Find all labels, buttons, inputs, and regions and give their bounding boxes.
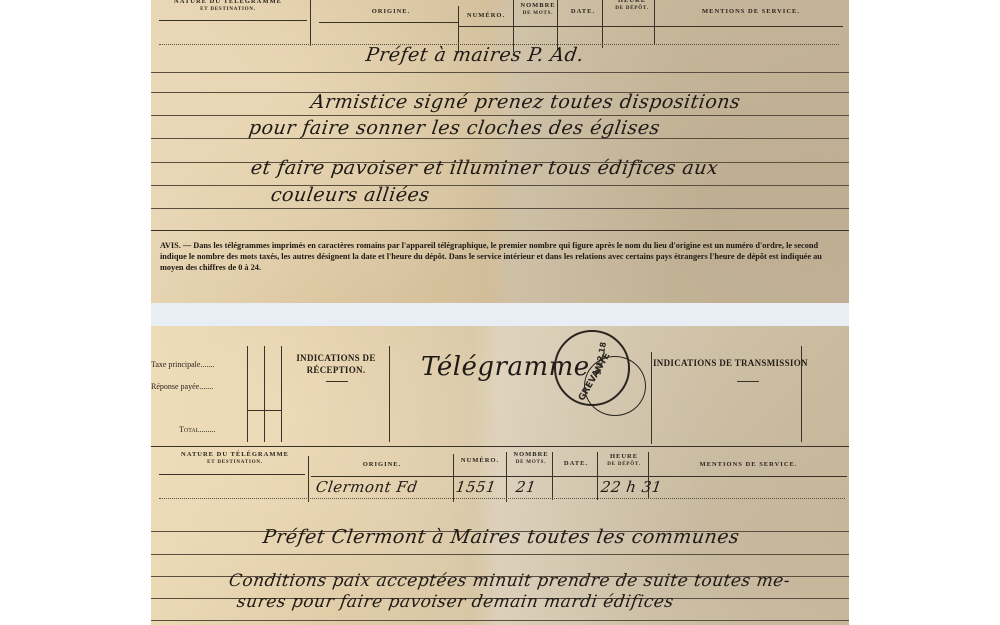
header-nature-label: NATURE DU TÉLÉGRAMME bbox=[174, 0, 282, 5]
header-heure-sublabel: DE DÉPÔT. bbox=[598, 461, 650, 469]
header-heure-label: HEURE bbox=[610, 453, 638, 460]
header-origine: ORIGINE. bbox=[311, 461, 453, 469]
header-nature: NATURE DU TÉLÉGRAMME ET DESTINATION. bbox=[171, 451, 299, 467]
rule bbox=[737, 381, 759, 382]
rule bbox=[159, 498, 845, 499]
taxe-principale-label: Taxe principale....... bbox=[151, 360, 214, 369]
column-divider bbox=[552, 452, 553, 500]
total-label: Total........ bbox=[179, 425, 215, 434]
header-date: DATE. bbox=[554, 460, 598, 468]
origine-value: Clermont Fd bbox=[315, 478, 419, 496]
rule bbox=[326, 381, 348, 382]
header-nombre-sublabel: DE MOTS. bbox=[508, 459, 554, 467]
column-divider bbox=[389, 346, 390, 442]
rule bbox=[159, 20, 307, 21]
writing-rule bbox=[151, 208, 849, 209]
header-date: DATE. bbox=[561, 8, 605, 16]
indications-reception: INDICATIONS DE RÉCEPTION. bbox=[283, 352, 389, 376]
notice-avis: AVIS. — Dans les télégrammes imprimés en… bbox=[160, 240, 840, 273]
message-line-2: Armistice signé prenez toutes dispositio… bbox=[309, 91, 741, 113]
message-line-3: pour faire sonner les cloches des église… bbox=[247, 117, 661, 139]
column-divider bbox=[308, 456, 309, 502]
header-numero: NUMÉRO. bbox=[454, 457, 506, 465]
message-line-5: couleurs alliées bbox=[269, 184, 431, 206]
writing-rule bbox=[151, 620, 849, 621]
message-line-3: sures pour faire pavoiser demain mardi é… bbox=[236, 592, 675, 612]
header-nature: NATURE DU TÉLÉGRAMME ET DESTINATION. bbox=[169, 0, 287, 14]
header-numero: NUMÉRO. bbox=[461, 12, 511, 20]
column-divider bbox=[506, 452, 507, 502]
header-heure: HEURE DE DÉPÔT. bbox=[598, 453, 650, 469]
message-line-1: Préfet à maires P. Ad. bbox=[364, 44, 585, 66]
header-mentions: MENTIONS DE SERVICE. bbox=[656, 461, 841, 469]
fold-gap bbox=[151, 303, 849, 326]
writing-rule bbox=[151, 185, 849, 186]
column-divider bbox=[651, 352, 652, 444]
column-divider bbox=[310, 0, 311, 46]
header-heure: HEURE DE DÉPÔT. bbox=[606, 0, 658, 13]
header-nombre: NOMBRE DE MOTS. bbox=[508, 451, 554, 467]
header-nombre-label: NOMBRE bbox=[520, 2, 555, 9]
header-nature-sublabel: ET DESTINATION. bbox=[171, 459, 299, 467]
rule bbox=[247, 410, 281, 411]
rule bbox=[311, 476, 847, 477]
rule bbox=[159, 474, 305, 475]
header-nombre-label: NOMBRE bbox=[513, 451, 548, 458]
nombre-mots-value: 21 bbox=[515, 478, 538, 496]
postmark-ring bbox=[584, 356, 646, 416]
header-mentions: MENTIONS DE SERVICE. bbox=[661, 8, 841, 16]
column-divider bbox=[264, 346, 265, 442]
message-line-2: Conditions paix acceptées minuit prendre… bbox=[228, 571, 792, 591]
writing-rule bbox=[151, 554, 849, 555]
writing-rule bbox=[151, 230, 849, 231]
column-divider bbox=[281, 346, 282, 442]
column-divider bbox=[597, 452, 598, 500]
telegram-top-sheet: NATURE DU TÉLÉGRAMME ET DESTINATION. ORI… bbox=[151, 0, 849, 305]
numero-value: 1551 bbox=[455, 478, 498, 496]
column-divider bbox=[247, 346, 248, 442]
writing-rule bbox=[151, 72, 849, 73]
header-nombre: NOMBRE DE MOTS. bbox=[515, 2, 561, 18]
header-nature-sublabel: ET DESTINATION. bbox=[169, 6, 287, 14]
rule bbox=[319, 22, 459, 23]
message-line-1: Préfet Clermont à Maires toutes les comm… bbox=[261, 526, 740, 548]
telegram-bottom-sheet: Taxe principale....... Réponse payée....… bbox=[151, 326, 849, 625]
heure-depot-value: 22 h 31 bbox=[600, 478, 663, 496]
reponse-payee-label: Réponse payée....... bbox=[151, 382, 213, 391]
column-divider bbox=[654, 0, 655, 45]
header-nature-label: NATURE DU TÉLÉGRAMME bbox=[181, 451, 289, 458]
header-heure-sublabel: DE DÉPÔT. bbox=[606, 5, 658, 13]
rule bbox=[151, 446, 849, 447]
column-divider bbox=[602, 0, 603, 48]
indications-transmission: INDICATIONS DE TRANSMISSION bbox=[653, 357, 833, 369]
header-nombre-sublabel: DE MOTS. bbox=[515, 10, 561, 18]
message-line-4: et faire pavoiser et illuminer tous édif… bbox=[249, 157, 719, 179]
header-heure-label: HEURE bbox=[618, 0, 646, 4]
writing-rule bbox=[151, 115, 849, 116]
column-divider bbox=[557, 0, 558, 50]
rule bbox=[459, 26, 843, 27]
header-origine: ORIGINE. bbox=[321, 8, 461, 16]
